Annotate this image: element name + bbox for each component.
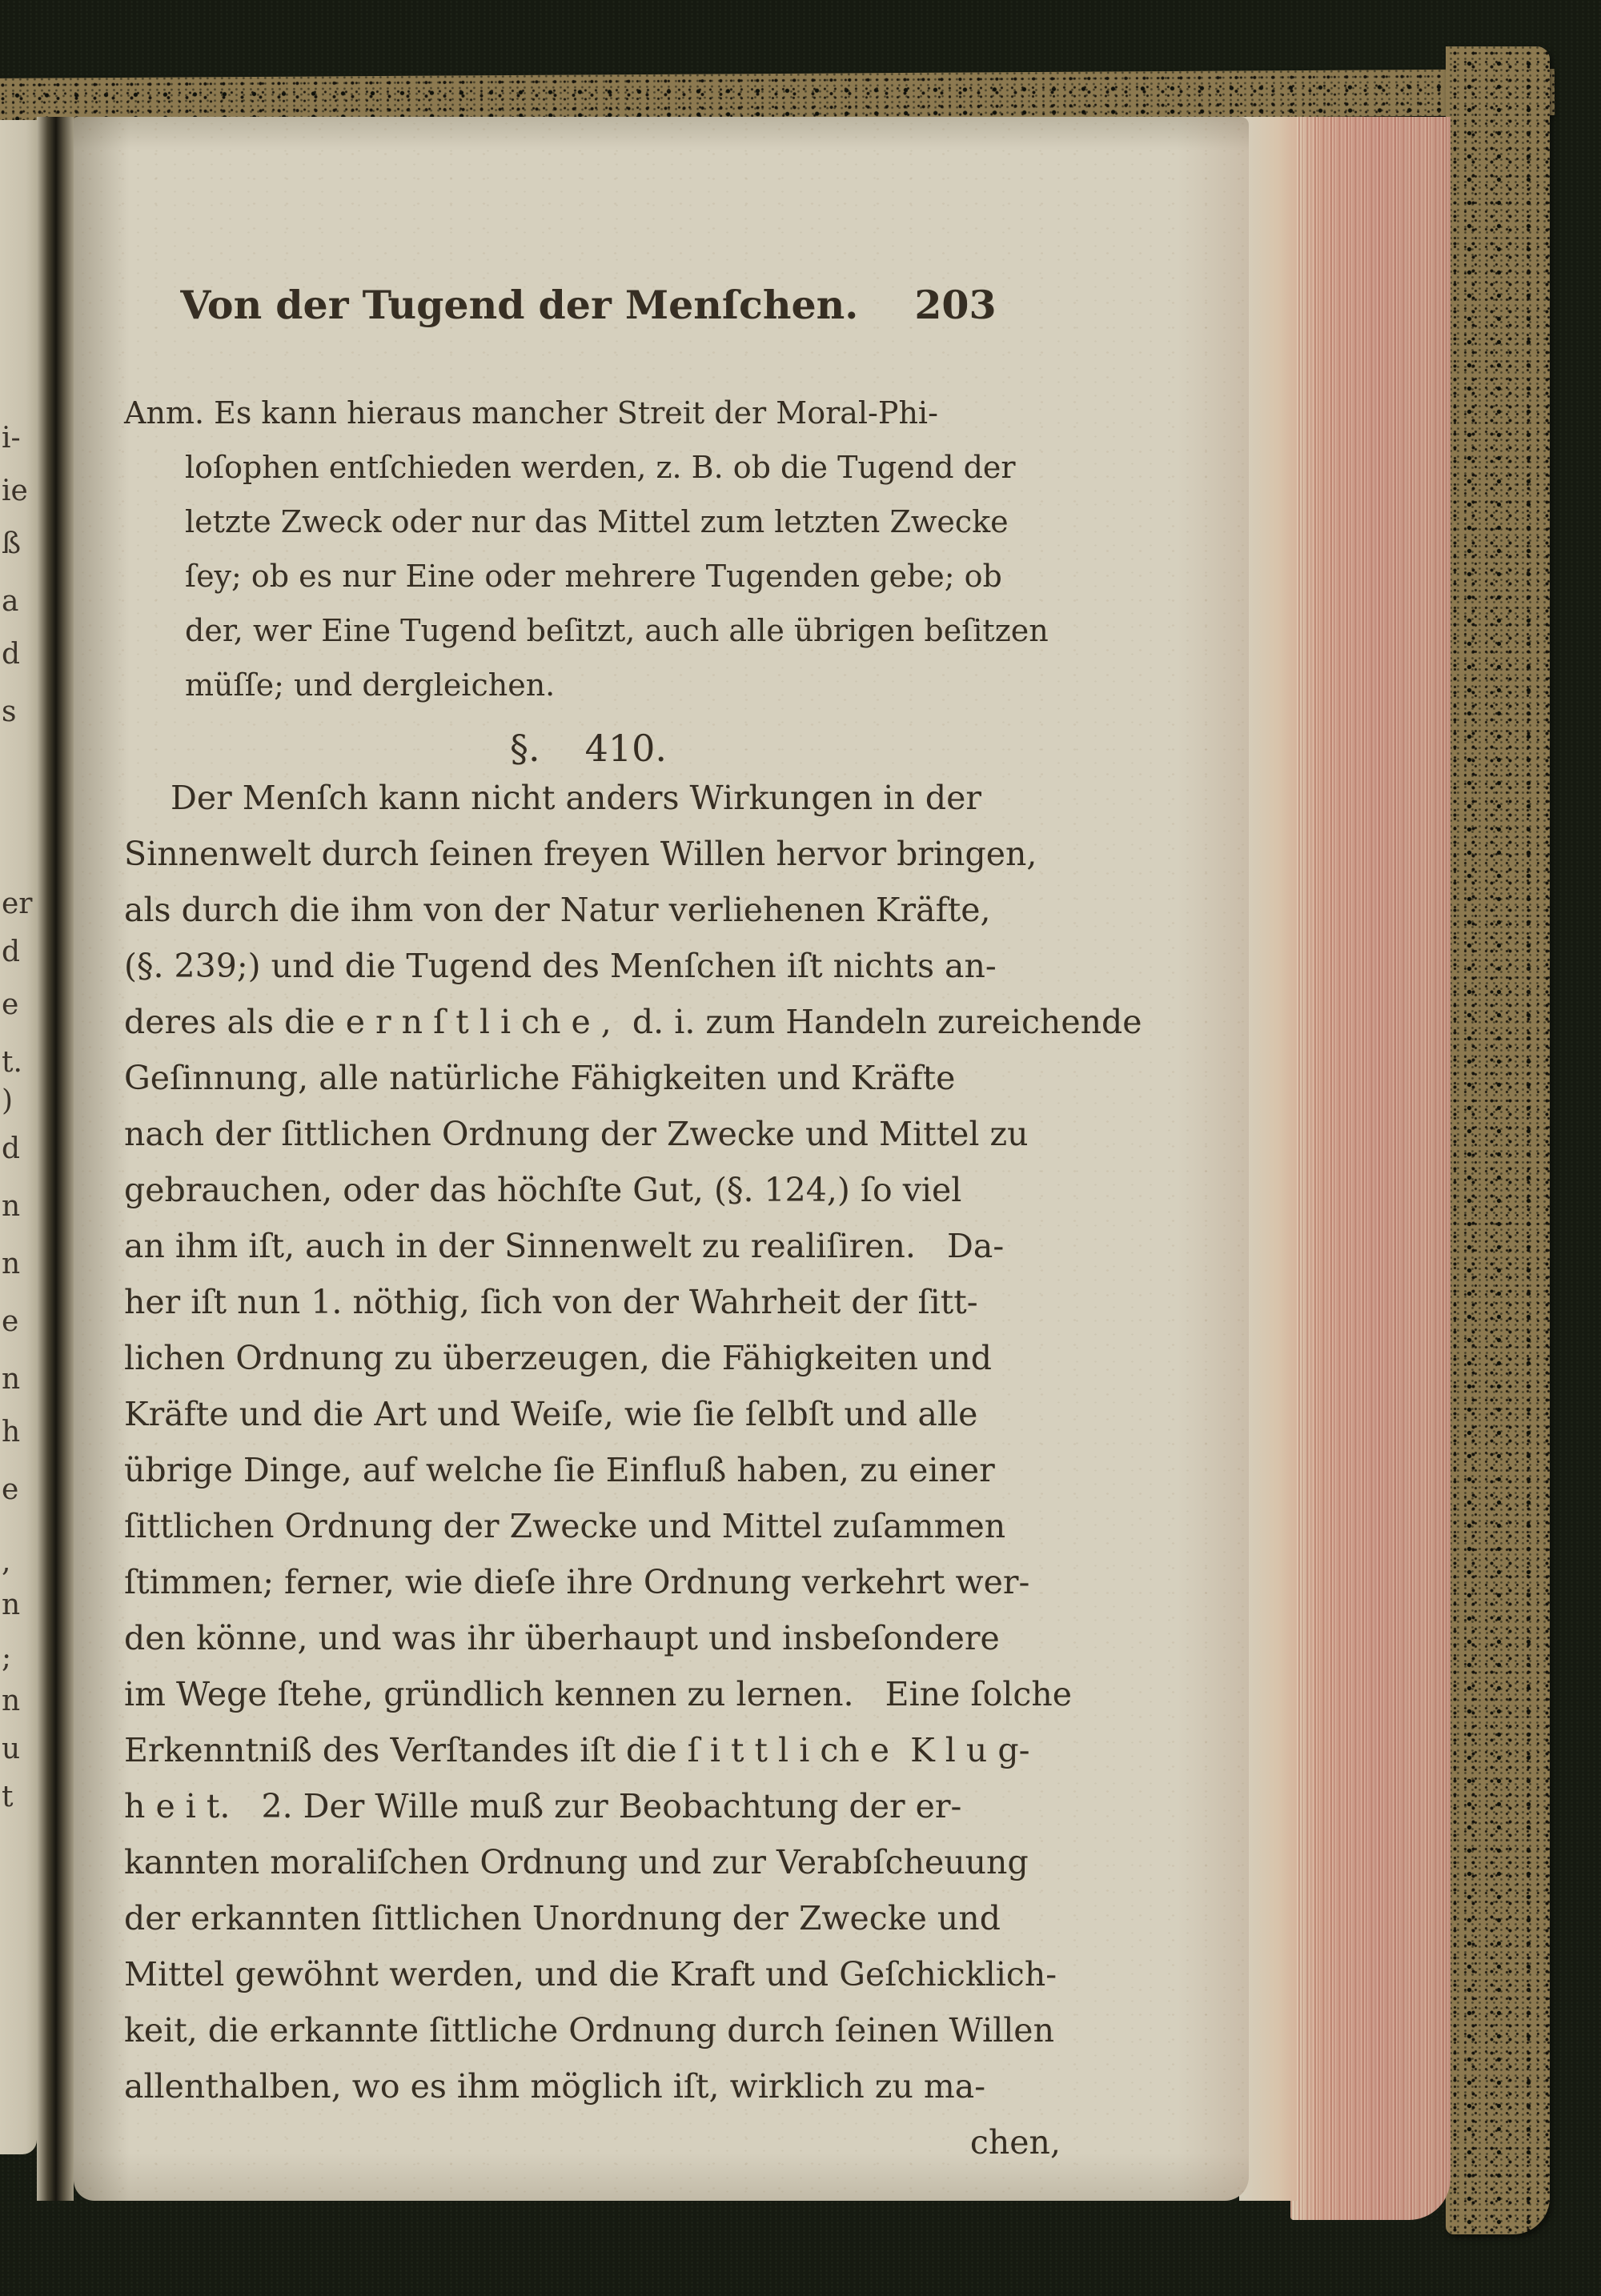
- facing-page-text-fragment: er: [2, 888, 37, 920]
- section-heading: §. 410.: [124, 727, 1053, 770]
- body-line: Kräfte und die Art und Weiſe, wie ſie ſe…: [124, 1386, 1067, 1442]
- body-line: den könne, und was ihr überhaupt und ins…: [124, 1610, 1067, 1666]
- facing-page-text-fragment: n: [2, 1589, 37, 1621]
- book-cover-right-edge: [1446, 46, 1550, 2234]
- body-line: übrige Dinge, auf welche ſie Einfluß hab…: [124, 1442, 1067, 1498]
- facing-page-text-fragment: n: [2, 1364, 37, 1396]
- annotation-line: müſſe; und dergleichen.: [124, 658, 1065, 712]
- gutter-shadow: [37, 117, 74, 2201]
- body-line: her iſt nun 1. nöthig, ſich von der Wahr…: [124, 1274, 1067, 1330]
- annotation-line: letzte Zweck oder nur das Mittel zum let…: [124, 495, 1065, 549]
- facing-page-text-fragment: ß: [2, 528, 37, 560]
- facing-page-text-fragment: d: [2, 1133, 37, 1165]
- body-line: lichen Ordnung zu überzeugen, die Fähigk…: [124, 1330, 1067, 1386]
- annotation-block: Anm. Es kann hieraus mancher Streit der …: [124, 386, 1065, 712]
- facing-page-text-fragment: t.: [2, 1047, 37, 1079]
- catchword: chen,: [124, 2114, 1067, 2170]
- annotation-line: ſey; ob es nur Eine oder mehrere Tugende…: [124, 549, 1065, 603]
- body-line: Geſinnung, alle natürliche Fähigkeiten u…: [124, 1050, 1067, 1106]
- facing-page-text-fragment: i-: [2, 423, 37, 455]
- facing-page-strip: i-ießadserdet.)dnnenhe,n;nut: [0, 120, 37, 2154]
- facing-page-text-fragment: ;: [2, 1642, 37, 1674]
- body-line: nach der ſittlichen Ordnung der Zwecke u…: [124, 1106, 1067, 1162]
- facing-page-text-fragment: d: [2, 639, 37, 671]
- facing-page-text-fragment: u: [2, 1733, 37, 1765]
- facing-page-text-fragment: d: [2, 936, 37, 968]
- body-line: der erkannten ſittlichen Unordnung der Z…: [124, 1890, 1067, 1946]
- facing-page-text-fragment: e: [2, 1474, 37, 1506]
- running-head: Von der Tugend der Menſchen. 203: [124, 282, 1053, 328]
- body-line: gebrauchen, oder das höchſte Gut, (§. 12…: [124, 1162, 1067, 1218]
- body-line: keit, die erkannte ſittliche Ordnung dur…: [124, 2002, 1067, 2058]
- body-line: an ihm iſt, auch in der Sinnenwelt zu re…: [124, 1218, 1067, 1274]
- body-line: ſtimmen; ferner, wie dieſe ihre Ordnung …: [124, 1554, 1067, 1610]
- section-mark: §.: [510, 727, 540, 770]
- annotation-line: Anm. Es kann hieraus mancher Streit der …: [124, 386, 1065, 440]
- facing-page-text-fragment: n: [2, 1191, 37, 1223]
- facing-page-text-fragment: h: [2, 1416, 37, 1449]
- annotation-line: der, wer Eine Tugend beſitzt, auch alle …: [124, 603, 1065, 658]
- body-line: deres als die e r n ſ t l i ch e , d. i.…: [124, 994, 1067, 1050]
- body-line: allenthalben, wo es ihm möglich iſt, wir…: [124, 2058, 1067, 2114]
- body-line: Mittel gewöhnt werden, und die Kraft und…: [124, 1946, 1067, 2002]
- facing-page-text-fragment: ,: [2, 1546, 37, 1578]
- body-line: als durch die ihm von der Natur verliehe…: [124, 882, 1067, 938]
- facing-page-text-fragment: n: [2, 1685, 37, 1717]
- body-line: Sinnenwelt durch ſeinen freyen Willen he…: [124, 826, 1067, 882]
- body-line: im Wege ſtehe, gründlich kennen zu lerne…: [124, 1666, 1067, 1722]
- body-line: Der Menſch kann nicht anders Wirkungen i…: [124, 770, 1067, 826]
- book-photo: i-ießadserdet.)dnnenhe,n;nut Von der Tug…: [0, 0, 1601, 2296]
- body-line: h e i t. 2. Der Wille muß zur Beobachtun…: [124, 1778, 1067, 1834]
- section-number: 410.: [585, 727, 667, 770]
- facing-page-text-fragment: e: [2, 1306, 37, 1338]
- body-paragraph: Der Menſch kann nicht anders Wirkungen i…: [124, 770, 1067, 2170]
- facing-page-text-fragment: ): [2, 1085, 37, 1117]
- body-lines: Der Menſch kann nicht anders Wirkungen i…: [124, 770, 1067, 2114]
- facing-page-text-fragment: t: [2, 1781, 37, 1813]
- body-line: (§. 239;) und die Tugend des Menſchen iſ…: [124, 938, 1067, 994]
- facing-page-text-fragment: n: [2, 1248, 37, 1280]
- facing-page-text-fragment: ie: [2, 475, 37, 507]
- body-line: ſittlichen Ordnung der Zwecke und Mittel…: [124, 1498, 1067, 1554]
- page-fore-edge: [1290, 117, 1451, 2220]
- annotation-line: loſophen entſchieden werden, z. B. ob di…: [124, 440, 1065, 495]
- facing-page-text-fragment: e: [2, 989, 37, 1021]
- body-line: kannten moraliſchen Ordnung und zur Vera…: [124, 1834, 1067, 1890]
- facing-page-text-fragment: a: [2, 586, 37, 618]
- body-line: Erkenntniß des Verſtandes iſt die ſ i t …: [124, 1722, 1067, 1778]
- facing-page-text-fragment: s: [2, 696, 37, 728]
- page-number: 203: [914, 282, 996, 328]
- page-title: Von der Tugend der Menſchen.: [180, 282, 858, 328]
- book-page: Von der Tugend der Menſchen. 203 Anm. Es…: [74, 117, 1249, 2201]
